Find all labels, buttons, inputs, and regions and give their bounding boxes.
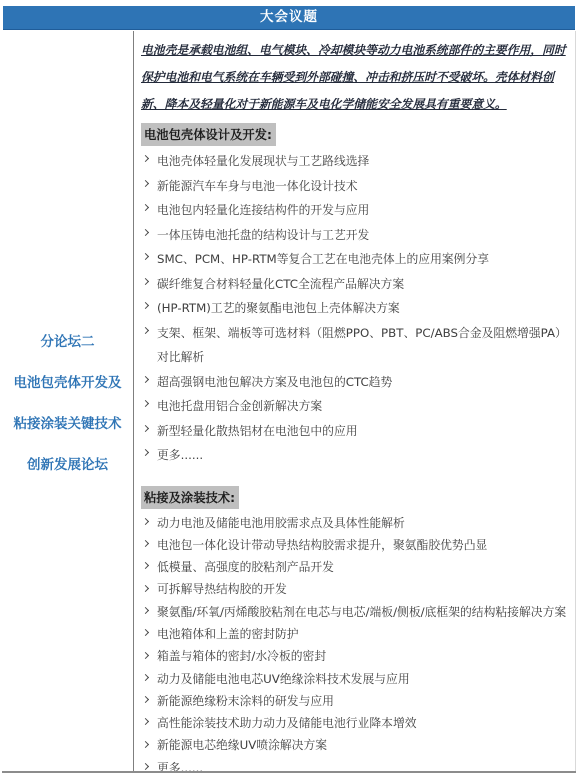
chevron-right-icon: [142, 400, 149, 407]
topic-item: 高性能涂装技术助力动力及储能电池行业降本增效: [141, 712, 569, 734]
topic-item: 电池包一体化设计带动导热结构胶需求提升，聚氨酯胶优势凸显: [141, 534, 569, 556]
bullet-text: 新型轻量化散热铝材在电池包中的应用: [157, 424, 358, 438]
chevron-right-icon: [142, 652, 149, 659]
topic-item: 电池托盘用铝合金创新解决方案: [141, 394, 569, 419]
chevron-right-icon: [142, 629, 149, 636]
topic-item: 电池包内轻量化连接结构件的开发与应用: [141, 198, 569, 223]
bullet-text: 一体压铸电池托盘的结构设计与工艺开发: [157, 228, 369, 242]
bullet-text: 新能源电芯绝缘UV喷涂解决方案: [157, 738, 327, 752]
bullet-text: (HP-RTM)工艺的聚氨酯电池包上壳体解决方案: [157, 301, 400, 315]
bullet-text: SMC、PCM、HP-RTM等复合工艺在电池壳体上的应用案例分享: [157, 252, 489, 266]
chevron-right-icon: [142, 540, 149, 547]
bullet-text: 新能源绝缘粉末涂料的研发与应用: [157, 694, 334, 708]
forum-title-line-2: 粘接涂装关键技术: [14, 412, 122, 432]
bullet-text: 新能源汽车车身与电池一体化设计技术: [157, 179, 358, 193]
bullet-text: 高性能涂装技术助力动力及储能电池行业降本增效: [157, 716, 417, 730]
chevron-right-icon: [142, 327, 149, 334]
chevron-right-icon: [142, 229, 149, 236]
section-heading: 粘接及涂装技术:: [141, 486, 239, 509]
bullet-text: 箱盖与箱体的密封/水冷板的密封: [157, 649, 326, 663]
forum-sidebar-cell: 分论坛二 电池包壳体开发及 粘接涂装关键技术 创新发展论坛: [2, 31, 134, 771]
chevron-right-icon: [142, 607, 149, 614]
topic-item: 低模量、高强度的胶粘剂产品开发: [141, 556, 569, 578]
bullet-text: 电池包一体化设计带动导热结构胶需求提升，聚氨酯胶优势凸显: [157, 538, 487, 552]
agenda-content-cell: 电池壳是承载电池组、电气模块、冷却模块等动力电池系统部件的主要作用，同时保护电池…: [134, 31, 576, 771]
bullet-text: 聚氨酯/环氧/丙烯酸胶粘剂在电芯与电芯/端板/侧板/底框架的结构粘接解决方案: [157, 605, 566, 619]
chevron-right-icon: [142, 302, 149, 309]
chevron-right-icon: [142, 425, 149, 432]
chevron-right-icon: [142, 741, 149, 748]
topic-item: 超高强钢电池包解决方案及电池包的CTC趋势: [141, 370, 569, 395]
agenda-header-title: 大会议题: [260, 9, 318, 25]
agenda-page: 大会议题 分论坛二 电池包壳体开发及 粘接涂装关键技术 创新发展论坛 电池壳是承…: [0, 0, 578, 778]
bullet-text: 电池箱体和上盖的密封防护: [157, 627, 299, 641]
chevron-right-icon: [142, 278, 149, 285]
agenda-table: 分论坛二 电池包壳体开发及 粘接涂装关键技术 创新发展论坛 电池壳是承载电池组、…: [2, 31, 576, 773]
topic-item: 聚氨酯/环氧/丙烯酸胶粘剂在电芯与电芯/端板/侧板/底框架的结构粘接解决方案: [141, 601, 569, 623]
topic-item: 一体压铸电池托盘的结构设计与工艺开发: [141, 223, 569, 248]
topic-item: 新型轻量化散热铝材在电池包中的应用: [141, 419, 569, 444]
topic-item: 更多......: [141, 443, 569, 468]
intro-paragraph: 电池壳是承载电池组、电气模块、冷却模块等动力电池系统部件的主要作用，同时保护电池…: [141, 37, 569, 118]
chevron-right-icon: [142, 562, 149, 569]
topic-item: 支架、框架、端板等可选材料（阻燃PPO、PBT、PC/ABS合金及阻燃增强PA）…: [141, 321, 569, 370]
agenda-section: 粘接及涂装技术: 动力电池及储能电池用胶需求点及具体性能解析 电池包一体化设计带…: [141, 484, 569, 772]
topic-item: SMC、PCM、HP-RTM等复合工艺在电池壳体上的应用案例分享: [141, 247, 569, 272]
bullet-text: 电池包内轻量化连接结构件的开发与应用: [157, 203, 369, 217]
topic-item: 更多......: [141, 757, 569, 771]
chevron-right-icon: [142, 718, 149, 725]
topic-item: (HP-RTM)工艺的聚氨酯电池包上壳体解决方案: [141, 296, 569, 321]
chevron-right-icon: [142, 155, 149, 162]
chevron-right-icon: [142, 585, 149, 592]
topic-item: 碳纤维复合材料轻量化CTC全流程产品解决方案: [141, 272, 569, 297]
bullet-text: 动力电池及储能电池用胶需求点及具体性能解析: [157, 516, 405, 530]
bullet-text: 动力及储能电池电芯UV绝缘涂料技术发展与应用: [157, 672, 410, 686]
section-items: 电池壳体轻量化发展现状与工艺路线选择 新能源汽车车身与电池一体化设计技术 电池包…: [141, 149, 569, 468]
topic-item: 动力电池及储能电池用胶需求点及具体性能解析: [141, 512, 569, 534]
sections: 电池包壳体设计及开发: 电池壳体轻量化发展现状与工艺路线选择 新能源汽车车身与电…: [141, 121, 569, 771]
bullet-text: 更多......: [157, 761, 203, 771]
bullet-text: 碳纤维复合材料轻量化CTC全流程产品解决方案: [157, 277, 404, 291]
chevron-right-icon: [142, 204, 149, 211]
bullet-text: 电池托盘用铝合金创新解决方案: [157, 399, 322, 413]
section-heading: 电池包壳体设计及开发:: [141, 123, 276, 146]
forum-title-line-1: 电池包壳体开发及: [14, 371, 122, 391]
bullet-text: 低模量、高强度的胶粘剂产品开发: [157, 560, 334, 574]
chevron-right-icon: [142, 180, 149, 187]
chevron-right-icon: [142, 674, 149, 681]
forum-title-line-3: 创新发展论坛: [27, 453, 108, 473]
bullet-text: 超高强钢电池包解决方案及电池包的CTC趋势: [157, 375, 392, 389]
section-items: 动力电池及储能电池用胶需求点及具体性能解析 电池包一体化设计带动导热结构胶需求提…: [141, 512, 569, 772]
chevron-right-icon: [142, 376, 149, 383]
bullet-text: 更多......: [157, 448, 203, 462]
chevron-right-icon: [142, 763, 149, 770]
topic-item: 可拆解导热结构胶的开发: [141, 578, 569, 600]
chevron-right-icon: [142, 696, 149, 703]
topic-item: 电池壳体轻量化发展现状与工艺路线选择: [141, 149, 569, 174]
topic-item: 新能源电芯绝缘UV喷涂解决方案: [141, 734, 569, 756]
topic-item: 动力及储能电池电芯UV绝缘涂料技术发展与应用: [141, 668, 569, 690]
chevron-right-icon: [142, 518, 149, 525]
forum-number: 分论坛二: [41, 330, 95, 350]
chevron-right-icon: [142, 449, 149, 456]
topic-item: 新能源汽车车身与电池一体化设计技术: [141, 174, 569, 199]
bullet-text: 支架、框架、端板等可选材料（阻燃PPO、PBT、PC/ABS合金及阻燃增强PA）…: [157, 326, 567, 365]
chevron-right-icon: [142, 253, 149, 260]
topic-item: 箱盖与箱体的密封/水冷板的密封: [141, 645, 569, 667]
topic-item: 电池箱体和上盖的密封防护: [141, 623, 569, 645]
topic-item: 新能源绝缘粉末涂料的研发与应用: [141, 690, 569, 712]
agenda-header-bar: 大会议题: [3, 6, 575, 30]
bullet-text: 可拆解导热结构胶的开发: [157, 582, 287, 596]
bullet-text: 电池壳体轻量化发展现状与工艺路线选择: [157, 154, 369, 168]
agenda-section: 电池包壳体设计及开发: 电池壳体轻量化发展现状与工艺路线选择 新能源汽车车身与电…: [141, 121, 569, 468]
